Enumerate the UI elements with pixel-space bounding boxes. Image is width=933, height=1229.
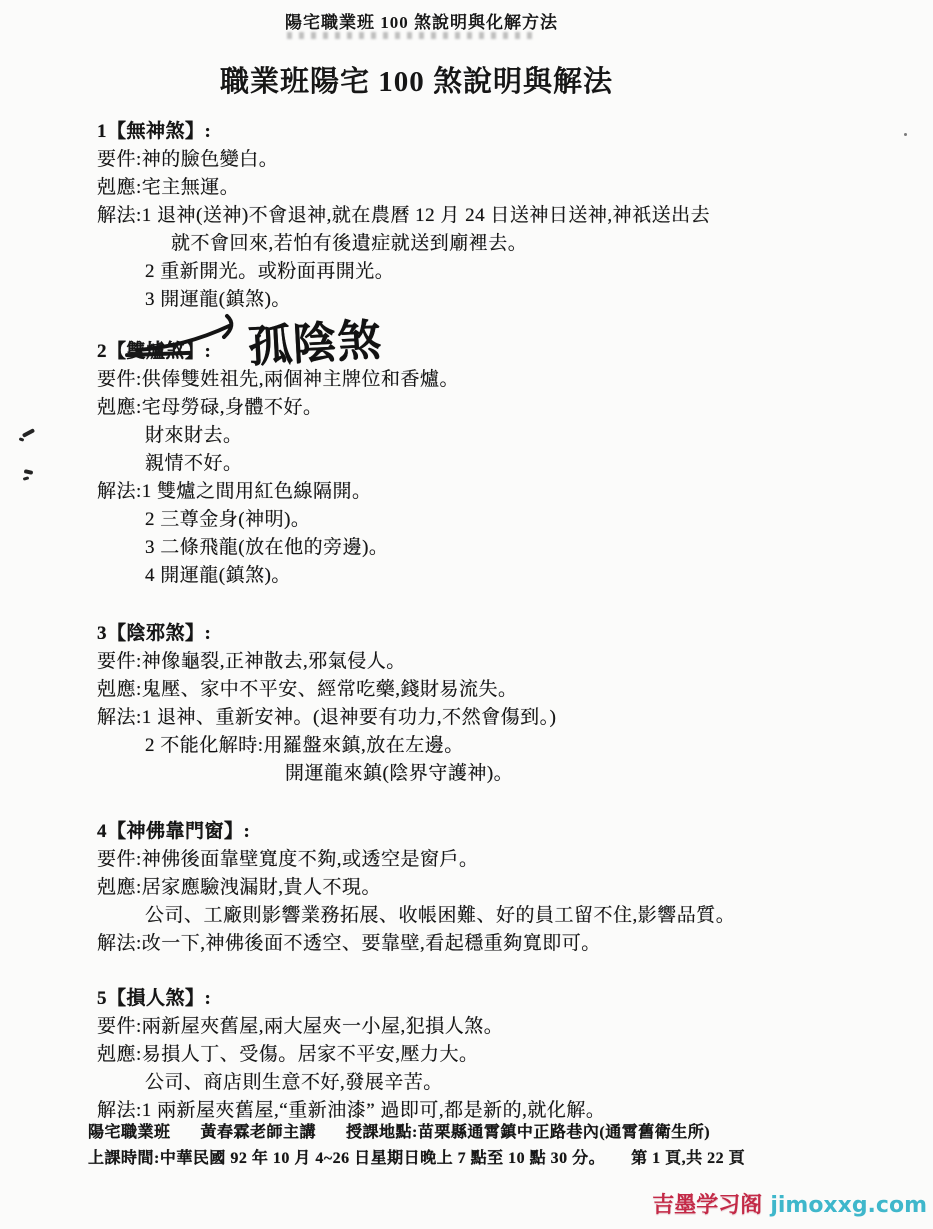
- text-line: 解法:改一下,神佛後面不透空、要靠壁,看起穩重夠寬即可。: [97, 930, 933, 958]
- section-heading: 5【損人煞】:: [97, 985, 933, 1013]
- section-5: 5【損人煞】: 要件:兩新屋夾舊屋,兩大屋夾一小屋,犯損人煞。 剋應:易損人丁、…: [97, 985, 933, 1125]
- page-title: 職業班陽宅 100 煞說明與解法: [0, 59, 883, 100]
- text-line: 解法:1 退神(送神)不會退神,就在農曆 12 月 24 日送神日送神,神祇送出…: [97, 202, 933, 230]
- section-4: 4【神佛靠門窗】: 要件:神佛後面靠壁寬度不夠,或透空是窗戶。 剋應:居家應驗洩…: [97, 818, 933, 958]
- section-heading: 4【神佛靠門窗】:: [97, 818, 933, 846]
- watermark-site-url: jimoxxg.com: [770, 1191, 927, 1221]
- text-line: 2 重新開光。或粉面再開光。: [145, 258, 933, 286]
- text-line: 4 開運龍(鎮煞)。: [145, 562, 933, 590]
- doc-header-title: 陽宅職業班 100 煞說明與化解方法: [0, 0, 888, 33]
- footer-location: 授課地點:苗栗縣通霄鎮中正路巷內(通霄舊衛生所): [346, 1120, 710, 1146]
- text-line: 公司、商店則生意不好,發展辛苦。: [145, 1069, 933, 1097]
- footer-schedule: 上課時間:中華民國 92 年 10 月 4~26 日星期日晚上 7 點至 10 …: [88, 1146, 605, 1172]
- footer: 陽宅職業班 黃春霖老師主講 授課地點:苗栗縣通霄鎮中正路巷內(通霄舊衛生所) 上…: [88, 1120, 745, 1172]
- document-page: 陽宅職業班 100 煞說明與化解方法 職業班陽宅 100 煞說明與解法 1【無神…: [0, 0, 933, 1229]
- text-line: 3 二條飛龍(放在他的旁邊)。: [145, 534, 933, 562]
- footer-line-1: 陽宅職業班 黃春霖老師主講 授課地點:苗栗縣通霄鎮中正路巷內(通霄舊衛生所): [88, 1120, 745, 1146]
- text-line: 親情不好。: [145, 450, 933, 478]
- text-line: 剋應:居家應驗洩漏財,貴人不現。: [97, 874, 933, 902]
- text-line: 財來財去。: [145, 422, 933, 450]
- text-line: 剋應:鬼壓、家中不平安、經常吃藥,錢財易流失。: [97, 676, 933, 704]
- text-line: 剋應:易損人丁、受傷。居家不平安,壓力大。: [97, 1041, 933, 1069]
- text-line: 剋應:宅主無運。: [97, 174, 933, 202]
- text-line: 2 不能化解時:用羅盤來鎮,放在左邊。: [145, 732, 933, 760]
- bleed-through-artifact: [287, 32, 537, 39]
- text-line: 要件:兩新屋夾舊屋,兩大屋夾一小屋,犯損人煞。: [97, 1013, 933, 1041]
- heading-prefix: 2【: [97, 341, 127, 362]
- text-line: 就不會回來,若怕有後遺症就送到廟裡去。: [171, 230, 933, 258]
- footer-class-name: 陽宅職業班: [88, 1120, 171, 1146]
- text-line: 要件:神的臉色變白。: [97, 146, 933, 174]
- struck-text: 雙爐煞: [127, 338, 186, 366]
- text-line: 2 三尊金身(神明)。: [145, 506, 933, 534]
- arrow-head-icon: [224, 316, 231, 337]
- watermark: 吉墨学习阁 jimoxxg.com: [652, 1190, 927, 1221]
- footer-line-2: 上課時間:中華民國 92 年 10 月 4~26 日星期日晚上 7 點至 10 …: [88, 1146, 745, 1172]
- section-heading: 2【雙爐煞】: 孤陰煞: [97, 338, 933, 366]
- text-line: 要件:神佛後面靠壁寬度不夠,或透空是窗戶。: [97, 846, 933, 874]
- scan-artifact: [904, 133, 907, 136]
- section-3: 3【陰邪煞】: 要件:神像龜裂,正神散去,邪氣侵人。 剋應:鬼壓、家中不平安、經…: [97, 620, 933, 788]
- text-line: 開運龍來鎮(陰界守護神)。: [285, 760, 933, 788]
- text-line: 要件:神像龜裂,正神散去,邪氣侵人。: [97, 648, 933, 676]
- watermark-site-name: 吉墨学习阁: [652, 1190, 762, 1220]
- section-heading: 1【無神煞】:: [97, 118, 933, 146]
- footer-page-info: 第 1 頁,共 22 頁: [631, 1146, 745, 1172]
- text-line: 解法:1 雙爐之間用紅色線隔開。: [97, 478, 933, 506]
- section-heading: 3【陰邪煞】:: [97, 620, 933, 648]
- text-line: 公司、工廠則影響業務拓展、收帳困難、好的員工留不住,影響品質。: [145, 902, 933, 930]
- section-1: 1【無神煞】: 要件:神的臉色變白。 剋應:宅主無運。 解法:1 退神(送神)不…: [97, 118, 933, 314]
- footer-teacher: 黃春霖老師主講: [201, 1120, 317, 1146]
- handwritten-text: 孤陰煞: [247, 315, 383, 372]
- text-line: 剋應:宅母勞碌,身體不好。: [97, 394, 933, 422]
- section-2: 2【雙爐煞】: 孤陰煞 要件:供俸雙姓祖先,兩個神主牌位和香爐。 剋應:宅母勞碌…: [97, 338, 933, 590]
- document-body: 1【無神煞】: 要件:神的臉色變白。 剋應:宅主無運。 解法:1 退神(送神)不…: [0, 118, 933, 1125]
- text-line: 3 開運龍(鎮煞)。: [145, 286, 933, 314]
- text-line: 解法:1 退神、重新安神。(退神要有功力,不然會傷到。): [97, 704, 933, 732]
- text-line: 要件:供俸雙姓祖先,兩個神主牌位和香爐。: [97, 366, 933, 394]
